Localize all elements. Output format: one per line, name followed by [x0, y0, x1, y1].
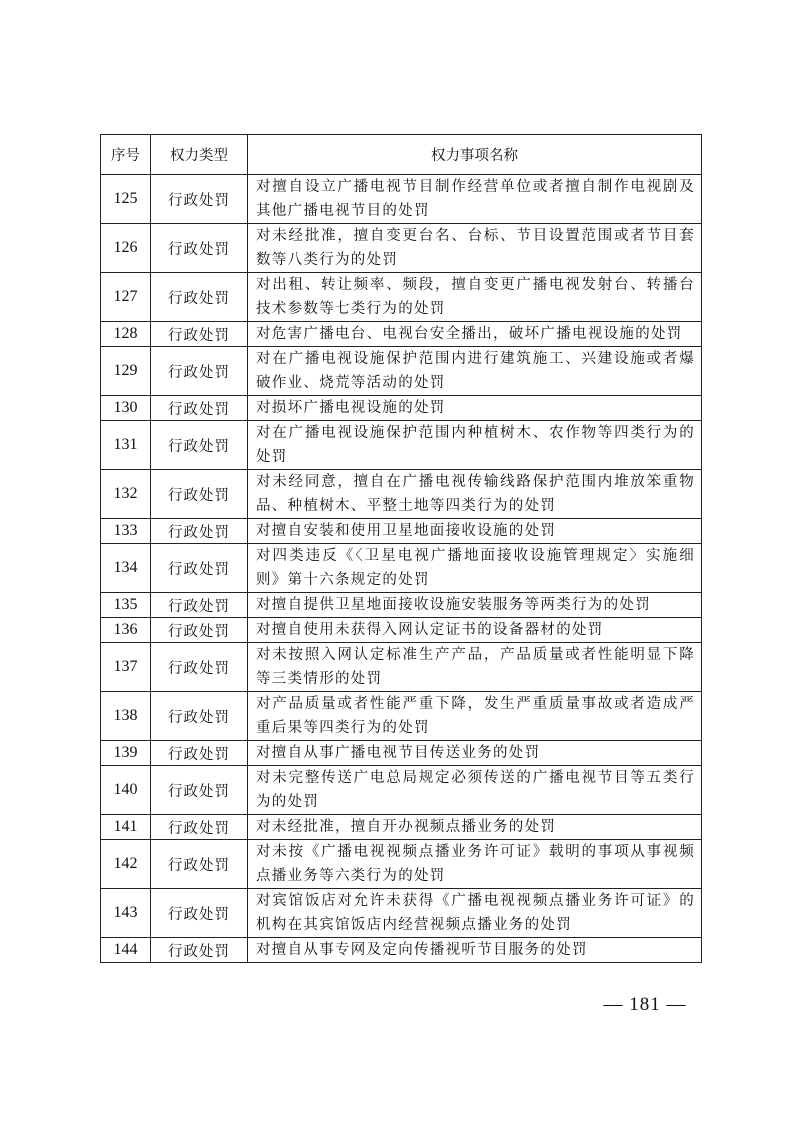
- power-item-name-cell: 对未按《广播电视视频点播业务许可证》载明的事项从事视频点播业务等六类行为的处罚: [248, 840, 702, 889]
- power-type-cell: 行政处罚: [151, 840, 248, 889]
- power-item-name-cell: 对擅自从事广播电视节目传送业务的处罚: [248, 741, 702, 766]
- power-type-cell: 行政处罚: [151, 593, 248, 618]
- page-number: — 181 —: [590, 994, 700, 1016]
- power-item-name-cell: 对未经批准，擅自开办视频点播业务的处罚: [248, 815, 702, 840]
- table-row: 140行政处罚对未完整传送广电总局规定必须传送的广播电视节目等五类行为的处罚: [101, 766, 702, 815]
- power-item-name-cell: 对宾馆饭店对允许未获得《广播电视视频点播业务许可证》的机构在其宾馆饭店内经营视频…: [248, 889, 702, 938]
- serial-number-cell: 130: [101, 396, 151, 421]
- power-type-cell: 行政处罚: [151, 741, 248, 766]
- power-item-name-cell: 对未按照入网认定标准生产产品，产品质量或者性能明显下降等三类情形的处罚: [248, 643, 702, 692]
- power-type-cell: 行政处罚: [151, 347, 248, 396]
- table-body: 125行政处罚对擅自设立广播电视节目制作经营单位或者擅自制作电视剧及其他广播电视…: [101, 175, 702, 963]
- serial-number-cell: 136: [101, 618, 151, 643]
- serial-number-cell: 127: [101, 273, 151, 322]
- serial-number-cell: 129: [101, 347, 151, 396]
- power-type-cell: 行政处罚: [151, 815, 248, 840]
- power-items-table: 序号 权力类型 权力事项名称 125行政处罚对擅自设立广播电视节目制作经营单位或…: [100, 134, 702, 963]
- table-row: 125行政处罚对擅自设立广播电视节目制作经营单位或者擅自制作电视剧及其他广播电视…: [101, 175, 702, 224]
- power-type-cell: 行政处罚: [151, 470, 248, 519]
- header-power-type: 权力类型: [151, 135, 248, 175]
- serial-number-cell: 134: [101, 544, 151, 593]
- power-type-cell: 行政处罚: [151, 938, 248, 963]
- table-row: 130行政处罚对损坏广播电视设施的处罚: [101, 396, 702, 421]
- power-type-cell: 行政处罚: [151, 643, 248, 692]
- table-row: 136行政处罚对擅自使用未获得入网认定证书的设备器材的处罚: [101, 618, 702, 643]
- power-type-cell: 行政处罚: [151, 396, 248, 421]
- power-item-name-cell: 对未经批准，擅自变更台名、台标、节目设置范围或者节目套数等八类行为的处罚: [248, 224, 702, 273]
- serial-number-cell: 133: [101, 519, 151, 544]
- power-type-cell: 行政处罚: [151, 692, 248, 741]
- serial-number-cell: 132: [101, 470, 151, 519]
- power-type-cell: 行政处罚: [151, 273, 248, 322]
- serial-number-cell: 135: [101, 593, 151, 618]
- table-header-row: 序号 权力类型 权力事项名称: [101, 135, 702, 175]
- serial-number-cell: 139: [101, 741, 151, 766]
- power-item-name-cell: 对在广播电视设施保护范围内种植树木、农作物等四类行为的处罚: [248, 421, 702, 470]
- power-item-name-cell: 对擅自提供卫星地面接收设施安装服务等两类行为的处罚: [248, 593, 702, 618]
- header-power-item-name: 权力事项名称: [248, 135, 702, 175]
- power-type-cell: 行政处罚: [151, 766, 248, 815]
- power-type-cell: 行政处罚: [151, 224, 248, 273]
- table-row: 137行政处罚对未按照入网认定标准生产产品，产品质量或者性能明显下降等三类情形的…: [101, 643, 702, 692]
- serial-number-cell: 143: [101, 889, 151, 938]
- table-row: 143行政处罚对宾馆饭店对允许未获得《广播电视视频点播业务许可证》的机构在其宾馆…: [101, 889, 702, 938]
- power-item-name-cell: 对擅自安装和使用卫星地面接收设施的处罚: [248, 519, 702, 544]
- power-type-cell: 行政处罚: [151, 544, 248, 593]
- table-row: 129行政处罚对在广播电视设施保护范围内进行建筑施工、兴建设施或者爆破作业、烧荒…: [101, 347, 702, 396]
- header-serial-number: 序号: [101, 135, 151, 175]
- table-row: 134行政处罚对四类违反《〈卫星电视广播地面接收设施管理规定〉实施细则》第十六条…: [101, 544, 702, 593]
- power-item-name-cell: 对擅自从事专网及定向传播视听节目服务的处罚: [248, 938, 702, 963]
- serial-number-cell: 131: [101, 421, 151, 470]
- power-item-name-cell: 对在广播电视设施保护范围内进行建筑施工、兴建设施或者爆破作业、烧荒等活动的处罚: [248, 347, 702, 396]
- power-item-name-cell: 对产品质量或者性能严重下降，发生严重质量事故或者造成严重后果等四类行为的处罚: [248, 692, 702, 741]
- table-row: 144行政处罚对擅自从事专网及定向传播视听节目服务的处罚: [101, 938, 702, 963]
- power-item-name-cell: 对未经同意，擅自在广播电视传输线路保护范围内堆放笨重物品、种植树木、平整土地等四…: [248, 470, 702, 519]
- power-item-name-cell: 对出租、转让频率、频段，擅自变更广播电视发射台、转播台技术参数等七类行为的处罚: [248, 273, 702, 322]
- power-item-name-cell: 对未完整传送广电总局规定必须传送的广播电视节目等五类行为的处罚: [248, 766, 702, 815]
- power-type-cell: 行政处罚: [151, 322, 248, 347]
- table-row: 126行政处罚对未经批准，擅自变更台名、台标、节目设置范围或者节目套数等八类行为…: [101, 224, 702, 273]
- table-row: 133行政处罚对擅自安装和使用卫星地面接收设施的处罚: [101, 519, 702, 544]
- power-type-cell: 行政处罚: [151, 519, 248, 544]
- serial-number-cell: 128: [101, 322, 151, 347]
- serial-number-cell: 142: [101, 840, 151, 889]
- power-item-name-cell: 对危害广播电台、电视台安全播出，破坏广播电视设施的处罚: [248, 322, 702, 347]
- power-type-cell: 行政处罚: [151, 618, 248, 643]
- table-row: 139行政处罚对擅自从事广播电视节目传送业务的处罚: [101, 741, 702, 766]
- serial-number-cell: 141: [101, 815, 151, 840]
- power-item-name-cell: 对损坏广播电视设施的处罚: [248, 396, 702, 421]
- power-item-name-cell: 对擅自使用未获得入网认定证书的设备器材的处罚: [248, 618, 702, 643]
- table-row: 141行政处罚对未经批准，擅自开办视频点播业务的处罚: [101, 815, 702, 840]
- power-item-name-cell: 对擅自设立广播电视节目制作经营单位或者擅自制作电视剧及其他广播电视节目的处罚: [248, 175, 702, 224]
- table-row: 142行政处罚对未按《广播电视视频点播业务许可证》载明的事项从事视频点播业务等六…: [101, 840, 702, 889]
- serial-number-cell: 137: [101, 643, 151, 692]
- power-type-cell: 行政处罚: [151, 175, 248, 224]
- table-row: 127行政处罚对出租、转让频率、频段，擅自变更广播电视发射台、转播台技术参数等七…: [101, 273, 702, 322]
- serial-number-cell: 126: [101, 224, 151, 273]
- serial-number-cell: 144: [101, 938, 151, 963]
- serial-number-cell: 140: [101, 766, 151, 815]
- serial-number-cell: 138: [101, 692, 151, 741]
- serial-number-cell: 125: [101, 175, 151, 224]
- power-type-cell: 行政处罚: [151, 421, 248, 470]
- table-row: 135行政处罚对擅自提供卫星地面接收设施安装服务等两类行为的处罚: [101, 593, 702, 618]
- table-row: 131行政处罚对在广播电视设施保护范围内种植树木、农作物等四类行为的处罚: [101, 421, 702, 470]
- table-row: 138行政处罚对产品质量或者性能严重下降，发生严重质量事故或者造成严重后果等四类…: [101, 692, 702, 741]
- power-type-cell: 行政处罚: [151, 889, 248, 938]
- power-item-name-cell: 对四类违反《〈卫星电视广播地面接收设施管理规定〉实施细则》第十六条规定的处罚: [248, 544, 702, 593]
- table-row: 132行政处罚对未经同意，擅自在广播电视传输线路保护范围内堆放笨重物品、种植树木…: [101, 470, 702, 519]
- table-row: 128行政处罚对危害广播电台、电视台安全播出，破坏广播电视设施的处罚: [101, 322, 702, 347]
